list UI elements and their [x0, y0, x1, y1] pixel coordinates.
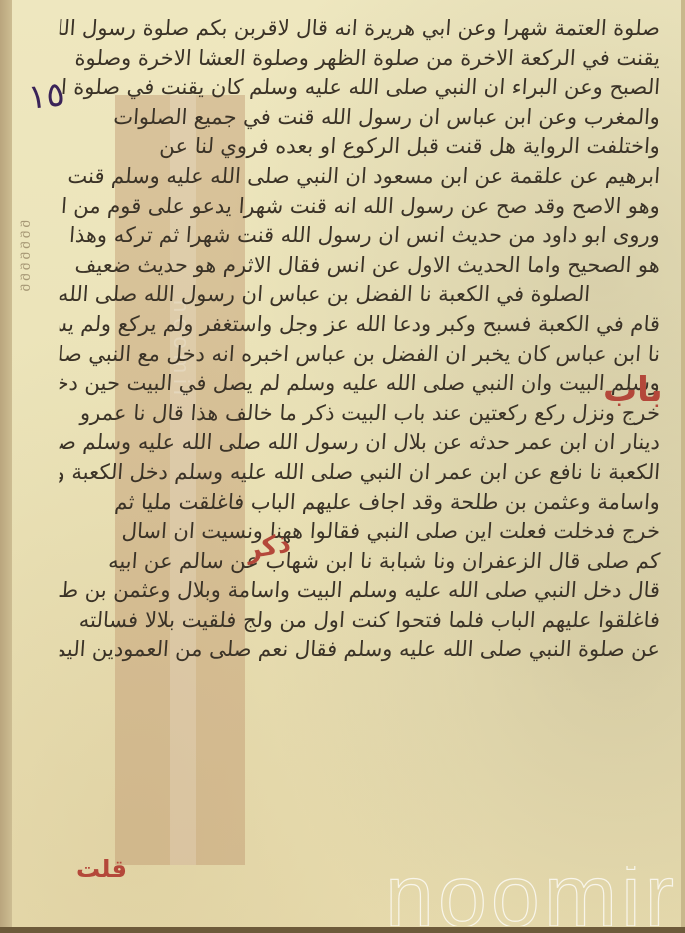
- text-line: واختلفت الرواية هل قنت قبل الركوع او بعد…: [59, 132, 661, 162]
- text-line: قال دخل النبي صلى الله عليه وسلم البيت و…: [59, 576, 661, 606]
- text-line: دينار ان ابن عمر حدثه عن بلال ان رسول ال…: [59, 428, 661, 458]
- text-line: وهو الاصح وقد صح عن رسول الله انه قنت شه…: [59, 192, 661, 222]
- text-line: خرج ونزل ركع ركعتين عند باب البيت ذكر ما…: [59, 399, 661, 429]
- rubric-qultu: قلت: [76, 855, 127, 883]
- text-line: والمغرب وعن ابن عباس ان رسول الله قنت في…: [59, 103, 661, 133]
- text-line: ابرهيم عن علقمة عن ابن مسعود ان النبي صل…: [59, 162, 661, 192]
- rubric-chapter-heading: باب: [603, 370, 663, 410]
- text-line: عن صلوة النبي صلى الله عليه وسلم فقال نع…: [59, 635, 661, 665]
- text-line: صلوة العتمة شهرا وعن ابي هريرة انه قال ل…: [59, 14, 661, 44]
- text-line: وروى ابو داود من حديث انس ان رسول الله ق…: [59, 221, 661, 251]
- text-line: يقنت في الركعة الاخرة من صلوة الظهر وصلو…: [59, 44, 661, 74]
- text-line: الكعبة نا نافع عن ابن عمر ان النبي صلى ا…: [59, 458, 661, 488]
- text-line: الصبح وعن البراء ان النبي صلى الله عليه …: [59, 73, 661, 103]
- manuscript-page: noomir ϱϱϱϱϱϱϱ ١٥ صلوة العتمة شهرا وعن ا…: [0, 0, 685, 933]
- text-line: فاغلقوا عليهم الباب فلما فتحوا كنت اول م…: [59, 606, 661, 636]
- text-line: واسامة وعثمن بن طلحة وقد اجاف عليهم البا…: [59, 488, 661, 518]
- text-line: كم صلى قال الزعفران ونا شبابة نا ابن شها…: [59, 547, 661, 577]
- text-line: وسلم البيت وان النبي صلى الله عليه وسلم …: [59, 369, 661, 399]
- text-line: الصلوة في الكعبة نا الفضل بن عباس ان رسو…: [59, 280, 661, 310]
- manuscript-text: صلوة العتمة شهرا وعن ابي هريرة انه قال ل…: [60, 14, 660, 665]
- binding-spine: [0, 0, 12, 933]
- page-right-edge: [681, 0, 685, 933]
- text-line: نا ابن عباس كان يخبر ان الفضل بن عباس اخ…: [59, 340, 661, 370]
- page-bottom-edge: [0, 927, 685, 933]
- text-line: هو الصحيح واما الحديث الاول عن انس فقال …: [59, 251, 661, 281]
- text-line: خرج فدخلت فعلت اين صلى النبي فقالوا ههنا…: [59, 517, 661, 547]
- watermark: noomir: [385, 866, 678, 926]
- margin-note: ϱϱϱϱϱϱϱ: [14, 220, 34, 490]
- text-line: قام في الكعبة فسبح وكبر ودعا الله عز وجل…: [59, 310, 661, 340]
